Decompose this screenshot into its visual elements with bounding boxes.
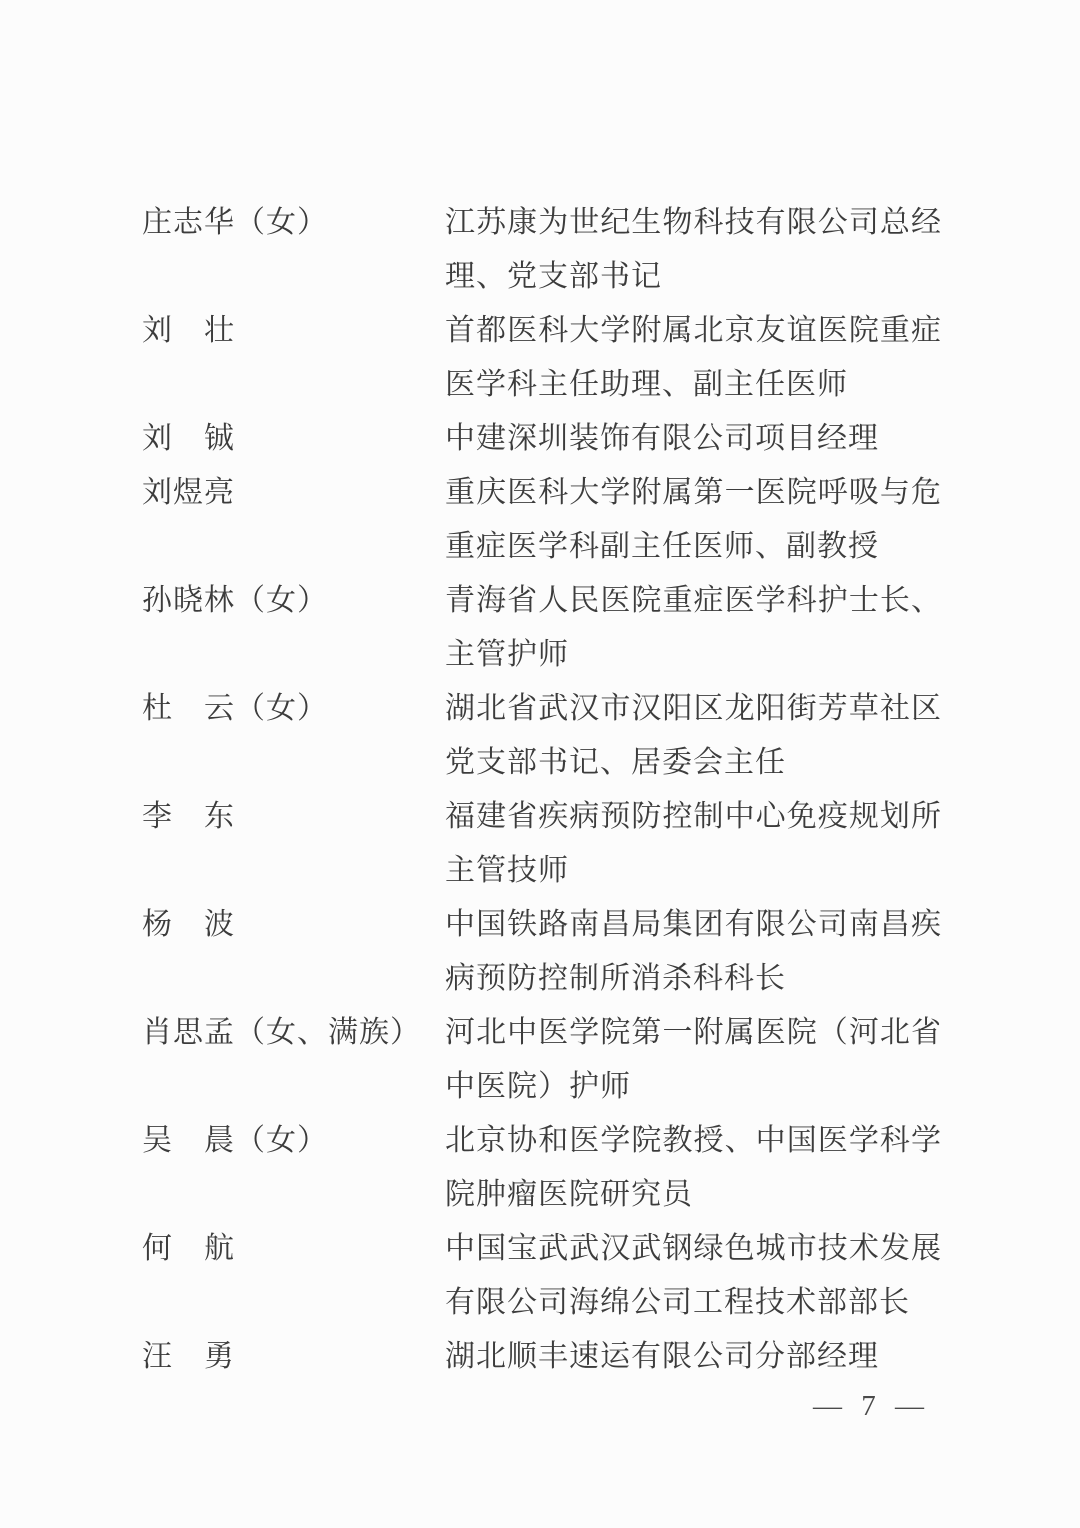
recipient-name: 肖思孟（女、满族） xyxy=(142,1006,445,1060)
recipient-name: 杜 云（女） xyxy=(142,682,445,736)
list-item: 孙晓林（女） 青海省人民医院重症医学科护士长、主管护师 xyxy=(142,574,942,682)
recipient-name: 李 东 xyxy=(142,790,445,844)
recipient-title: 江苏康为世纪生物科技有限公司总经理、党支部书记 xyxy=(445,196,942,304)
page-footer: — 7 — xyxy=(813,1386,930,1426)
list-item: 刘煜亮 重庆医科大学附属第一医院呼吸与危重症医学科副主任医师、副教授 xyxy=(142,466,942,574)
recipient-title: 中国铁路南昌局集团有限公司南昌疾病预防控制所消杀科科长 xyxy=(445,898,942,1006)
list-item: 汪 勇 湖北顺丰速运有限公司分部经理 xyxy=(142,1330,942,1384)
recipient-name: 吴 晨（女） xyxy=(142,1114,445,1168)
recipient-name: 何 航 xyxy=(142,1222,445,1276)
recipient-title: 首都医科大学附属北京友谊医院重症医学科主任助理、副主任医师 xyxy=(445,304,942,412)
recipient-list: 庄志华（女） 江苏康为世纪生物科技有限公司总经理、党支部书记 刘 壮 首都医科大… xyxy=(142,196,942,1384)
recipient-name: 刘 壮 xyxy=(142,304,445,358)
list-item: 刘 壮 首都医科大学附属北京友谊医院重症医学科主任助理、副主任医师 xyxy=(142,304,942,412)
recipient-name: 汪 勇 xyxy=(142,1330,445,1384)
recipient-title: 中建深圳装饰有限公司项目经理 xyxy=(445,412,942,466)
recipient-title: 青海省人民医院重症医学科护士长、主管护师 xyxy=(445,574,942,682)
list-item: 杨 波 中国铁路南昌局集团有限公司南昌疾病预防控制所消杀科科长 xyxy=(142,898,942,1006)
recipient-name: 刘煜亮 xyxy=(142,466,445,520)
recipient-title: 湖北顺丰速运有限公司分部经理 xyxy=(445,1330,942,1384)
list-item: 李 东 福建省疾病预防控制中心免疫规划所主管技师 xyxy=(142,790,942,898)
page-number: — 7 — xyxy=(813,1390,930,1422)
recipient-title: 河北中医学院第一附属医院（河北省中医院）护师 xyxy=(445,1006,942,1114)
list-item: 庄志华（女） 江苏康为世纪生物科技有限公司总经理、党支部书记 xyxy=(142,196,942,304)
document-page: 庄志华（女） 江苏康为世纪生物科技有限公司总经理、党支部书记 刘 壮 首都医科大… xyxy=(0,0,1080,1528)
list-item: 杜 云（女） 湖北省武汉市汉阳区龙阳街芳草社区党支部书记、居委会主任 xyxy=(142,682,942,790)
recipient-title: 中国宝武武汉武钢绿色城市技术发展有限公司海绵公司工程技术部部长 xyxy=(445,1222,942,1330)
recipient-title: 福建省疾病预防控制中心免疫规划所主管技师 xyxy=(445,790,942,898)
recipient-name: 杨 波 xyxy=(142,898,445,952)
recipient-title: 湖北省武汉市汉阳区龙阳街芳草社区党支部书记、居委会主任 xyxy=(445,682,942,790)
recipient-name: 孙晓林（女） xyxy=(142,574,445,628)
list-item: 刘 铖 中建深圳装饰有限公司项目经理 xyxy=(142,412,942,466)
recipient-title: 重庆医科大学附属第一医院呼吸与危重症医学科副主任医师、副教授 xyxy=(445,466,942,574)
recipient-title: 北京协和医学院教授、中国医学科学院肿瘤医院研究员 xyxy=(445,1114,942,1222)
list-item: 何 航 中国宝武武汉武钢绿色城市技术发展有限公司海绵公司工程技术部部长 xyxy=(142,1222,942,1330)
recipient-name: 刘 铖 xyxy=(142,412,445,466)
list-item: 肖思孟（女、满族） 河北中医学院第一附属医院（河北省中医院）护师 xyxy=(142,1006,942,1114)
list-item: 吴 晨（女） 北京协和医学院教授、中国医学科学院肿瘤医院研究员 xyxy=(142,1114,942,1222)
recipient-name: 庄志华（女） xyxy=(142,196,445,250)
